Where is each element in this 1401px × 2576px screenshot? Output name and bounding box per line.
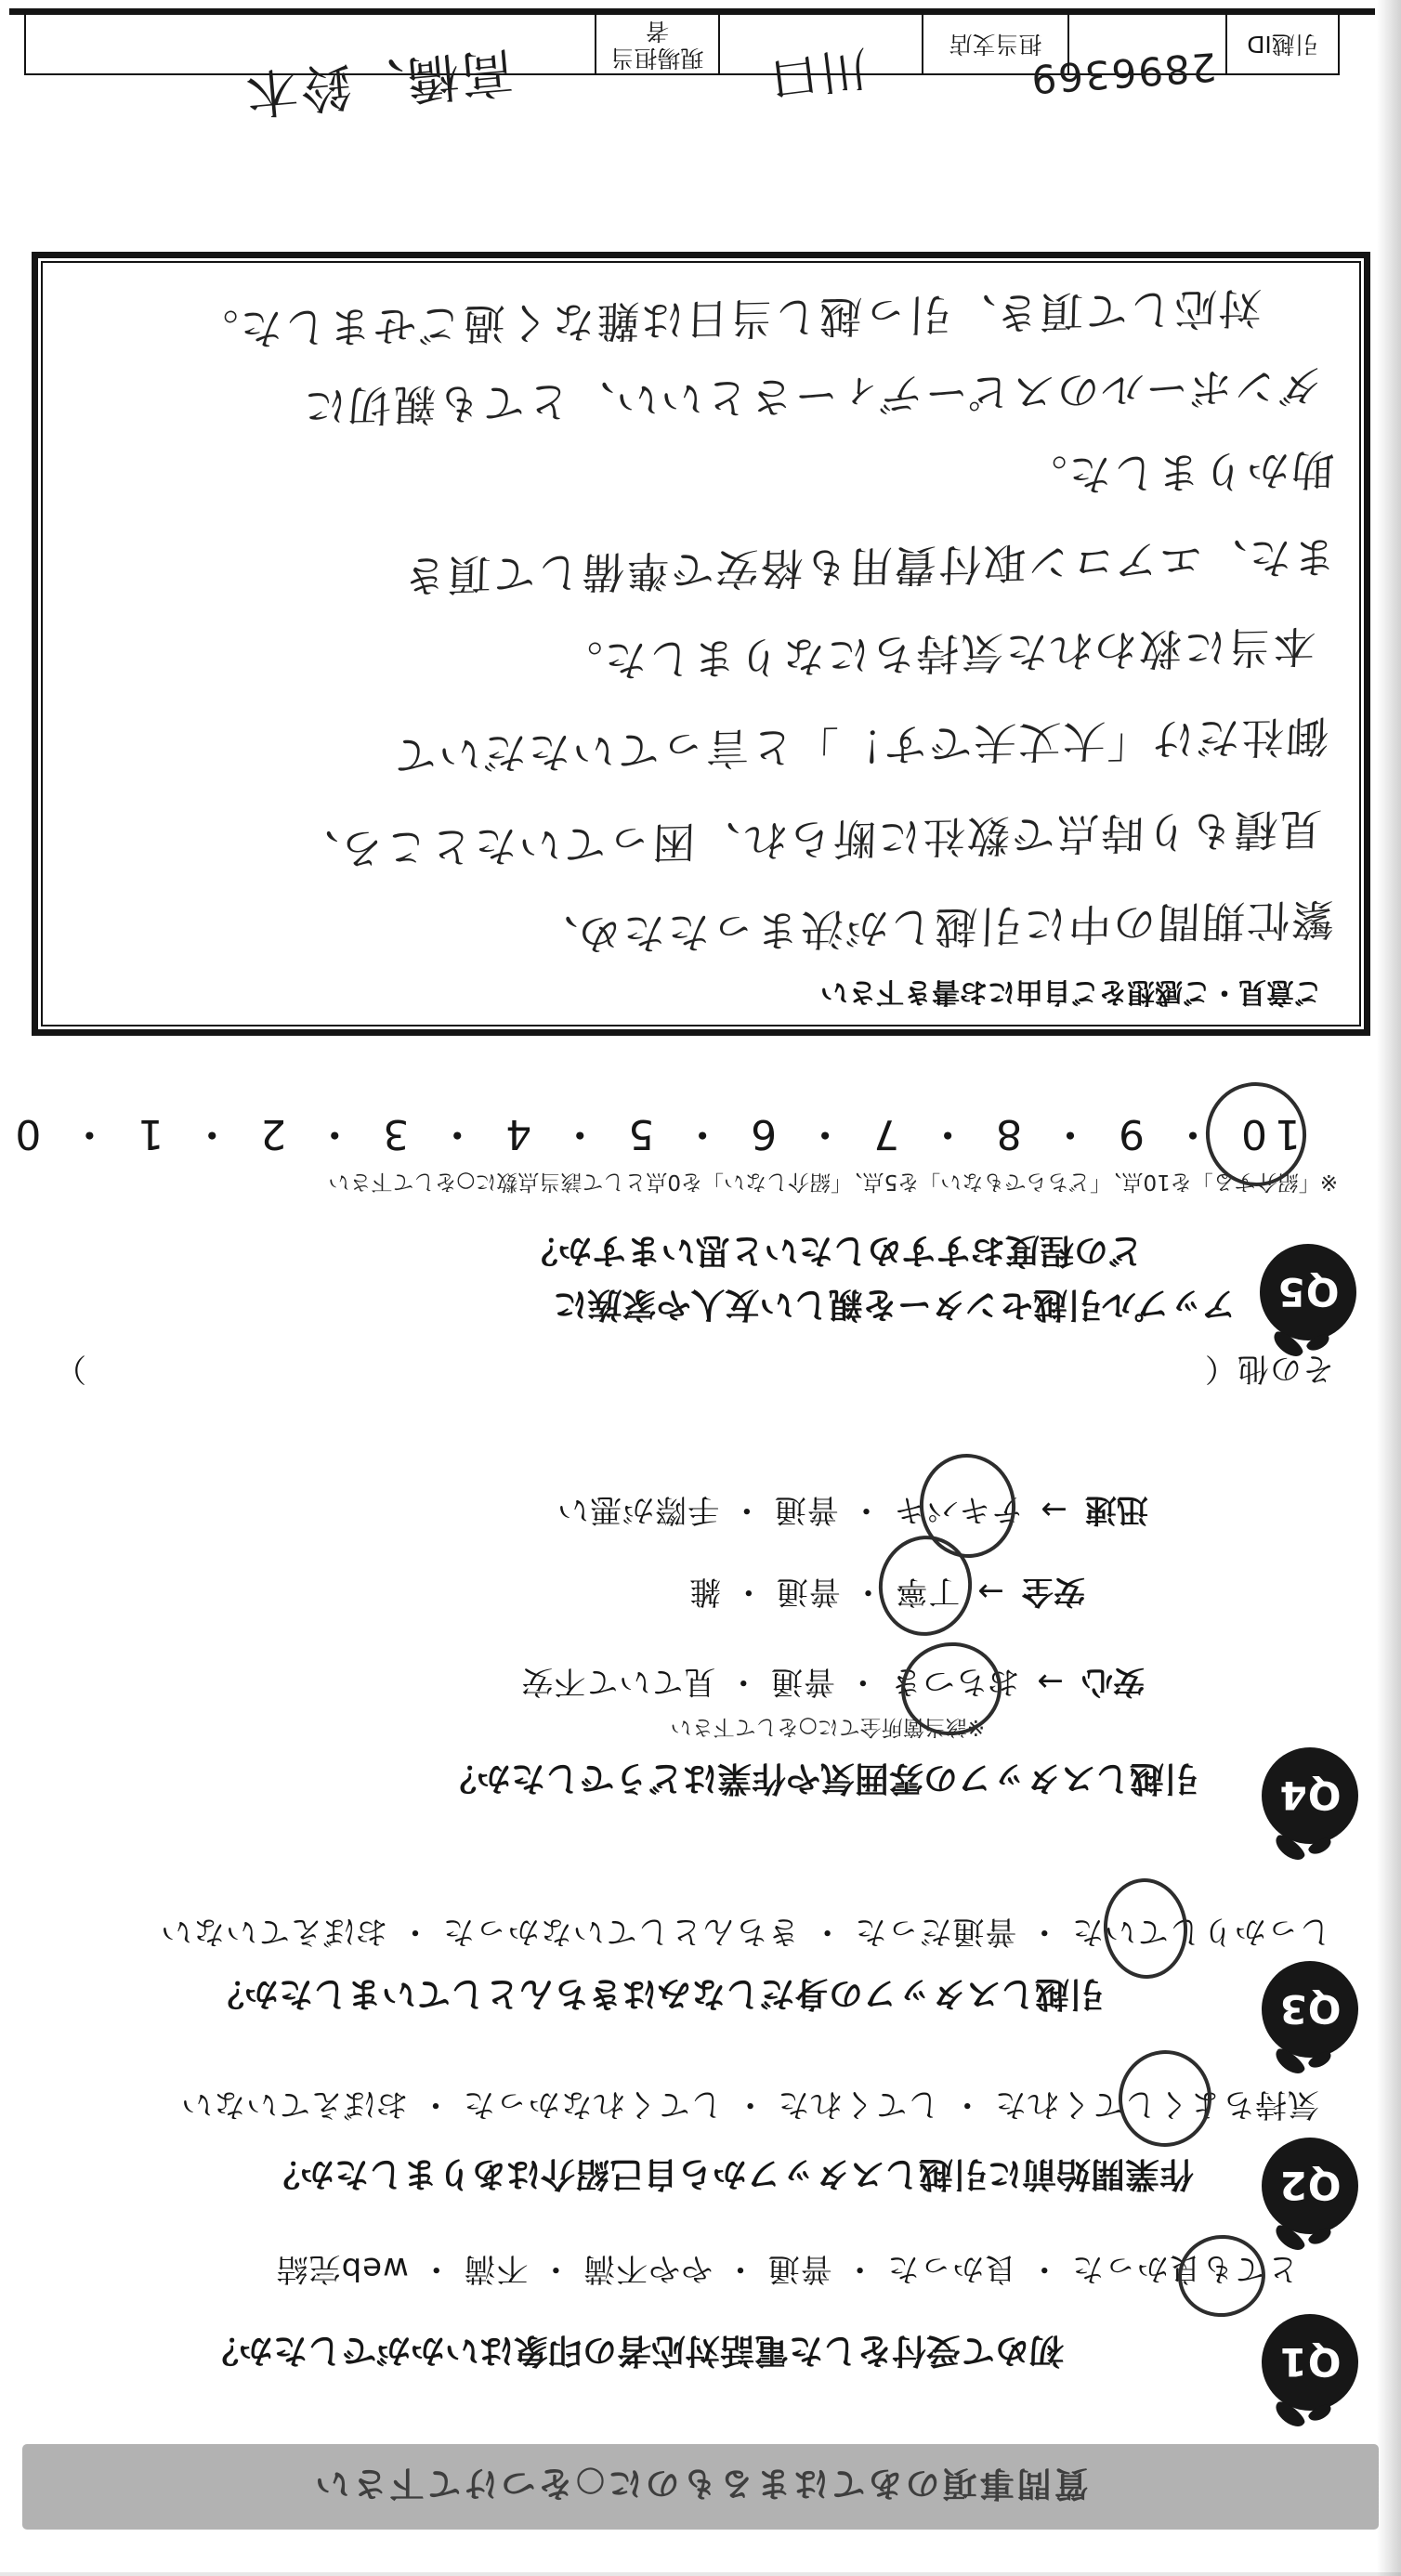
q4-badge: Q4 (1262, 1747, 1358, 1844)
q2-badge-label: Q2 (1279, 2164, 1342, 2209)
arrow-icon: → (1041, 1491, 1067, 1528)
field-value-branch: 川口 (720, 14, 923, 73)
q4-question: 引越しスタッフの雰囲気や作業はどうでしたか？ (442, 1757, 1198, 1807)
q4-row-jinsoku: 迅速 → テキパキ ・ 普通 ・ 手際が悪い (556, 1490, 1148, 1536)
q4-row-label: 安全 (1022, 1573, 1085, 1610)
leaf-icon (1272, 1832, 1308, 1865)
q1-options: とても良かった ・ 良かった ・ 普通 ・ やや不満 ・ 不満 ・ web完結 (276, 2249, 1299, 2295)
branch-handwritten: 川口 (765, 38, 871, 106)
q4-row-label: 安心 (1081, 1663, 1145, 1700)
q1-selection-circle (1172, 2229, 1270, 2322)
leaf-icon (1306, 2226, 1333, 2248)
arrow-icon: → (1037, 1663, 1064, 1700)
scan-edge-line (0, 2572, 1401, 2576)
q2-badge: Q2 (1262, 2138, 1358, 2234)
leaf-icon (1272, 2399, 1308, 2432)
q3-selection-circle (1100, 1876, 1190, 1981)
q5-note: ※「紹介する」を10点、「どちらでもない」を5点、「紹介しない」を0点として該当… (328, 1169, 1338, 1199)
comment-box-label: ご意見・ご感想をご自由にお書き下さい (820, 974, 1322, 1015)
q4-other-open: その他（ (1204, 1349, 1334, 1394)
q5-badge-label: Q5 (1277, 1270, 1340, 1315)
q3-badge-label: Q3 (1279, 1987, 1342, 2033)
q5-badge: Q5 (1260, 1244, 1356, 1340)
q3-question: 引越しスタッフの身だしなみはきちんとしていましたか？ (210, 1972, 1104, 2022)
q5-question-line2: どの程度おすすめしたいと思いますか？ (524, 1229, 1143, 1279)
arrow-icon: → (977, 1573, 1004, 1610)
leaf-icon (1306, 2049, 1333, 2072)
q4-row-anshin: 安心 → おちつき ・ 普通 ・ 見ていて不安 (520, 1662, 1145, 1707)
field-value-moving-id: 2896369 (1069, 14, 1227, 73)
q4-badge-label: Q4 (1279, 1773, 1342, 1819)
q1-badge: Q1 (1262, 2314, 1358, 2411)
q4-row-label: 迅速 (1085, 1491, 1148, 1528)
field-value-staff: 高橋、鈴木 (26, 14, 596, 73)
q2-question: 作業開始前に引越しスタッフから自己紹介はありましたか？ (266, 2152, 1194, 2203)
q2-selection-circle (1115, 2046, 1216, 2151)
scan-edge-shadow (1377, 0, 1401, 2576)
comment-line: 助かりました。 (1021, 441, 1335, 509)
q1-badge-label: Q1 (1279, 2340, 1342, 2386)
table-thick-rule (9, 8, 1375, 15)
leaf-icon (1306, 1836, 1333, 1858)
q5-score-scale: 10 ・ 9 ・ 8 ・ 7 ・ 6 ・ 5 ・ 4 ・ 3 ・ 2 ・ 1 ・… (7, 1108, 1301, 1168)
field-label-staff: 現場担当者 (596, 14, 720, 73)
leaf-icon (1272, 2046, 1308, 2079)
instruction-bar: 質問事項のあてはまるものに○をつけて下さい (22, 2444, 1379, 2530)
field-label-branch: 担当支店 (923, 14, 1069, 73)
scanned-questionnaire-page: { "title_bar": { "text": "質問事項のあてはまるものに○… (0, 0, 1401, 2576)
q4-other-close: ） (54, 1349, 86, 1394)
header-table: 引越ID 2896369 担当支店 川口 現場担当者 高橋、鈴木 (24, 12, 1340, 75)
field-label-moving-id: 引越ID (1227, 14, 1338, 73)
leaf-icon (1306, 2402, 1333, 2425)
q3-badge: Q3 (1262, 1961, 1358, 2058)
rotated-scan-sheet: 質問事項のあてはまるものに○をつけて下さい Q1 初めて受付をした電話対応者の印… (0, 0, 1401, 2576)
q5-question-line1: アップル引越センターを親しい友人や家族に (554, 1283, 1236, 1333)
staff-name-handwritten: 高橋、鈴木 (242, 40, 516, 123)
q1-question: 初めて受付をした電話対応者の印象はいかがでしたか？ (204, 2329, 1064, 2379)
